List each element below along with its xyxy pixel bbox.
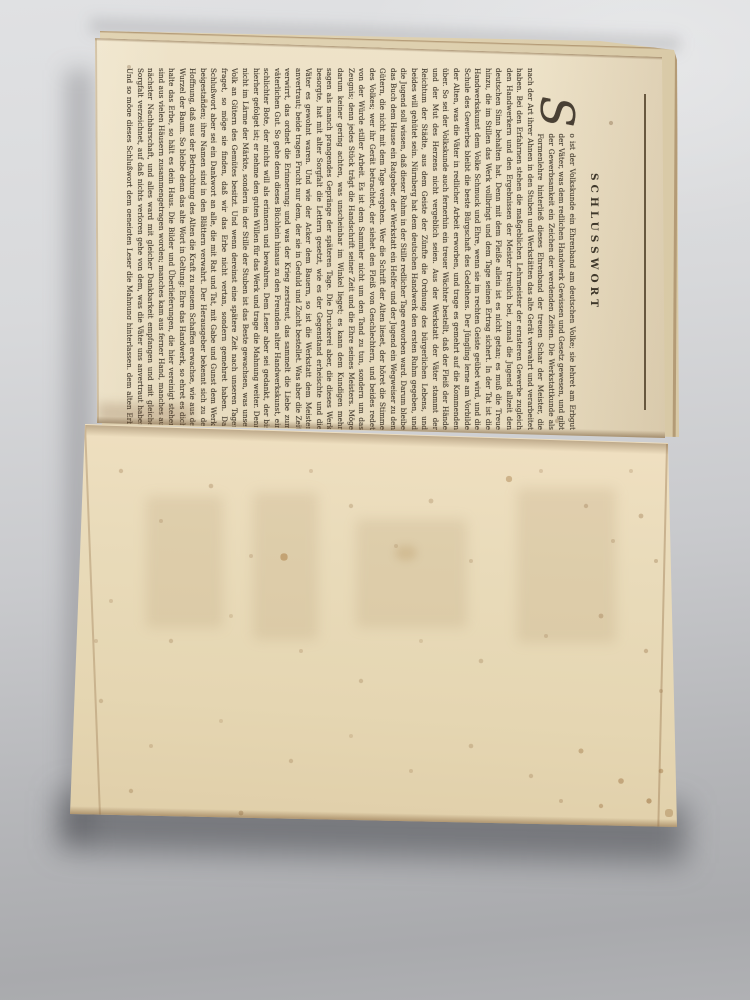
page-edge-browning (657, 444, 668, 828)
body-text-simulated: So ist der Volkskunde ein Ehrenband am d… (127, 68, 577, 430)
foxing-spots (0, 0, 2, 2)
page-edge-browning (673, 50, 678, 440)
stain-spot (395, 545, 417, 561)
foxing-spots (0, 0, 2, 2)
body-text-run: o ist der Volkskunde ein Ehrenband am de… (127, 68, 577, 430)
drop-cap-initial: S (538, 96, 576, 128)
ghost-impression (356, 519, 467, 628)
photo-open-book: SCHLUSSWORT So ist der Volkskunde ein Eh… (0, 0, 750, 1000)
ghost-impression (146, 496, 223, 628)
heading-rule (644, 94, 646, 410)
page-edge-browning (84, 425, 101, 817)
printed-content-rotated: SCHLUSSWORT So ist der Volkskunde ein Eh… (92, 50, 662, 430)
ghost-impression (517, 488, 616, 643)
chapter-heading: SCHLUSSWORT (588, 50, 600, 430)
ghost-impression (253, 492, 318, 640)
